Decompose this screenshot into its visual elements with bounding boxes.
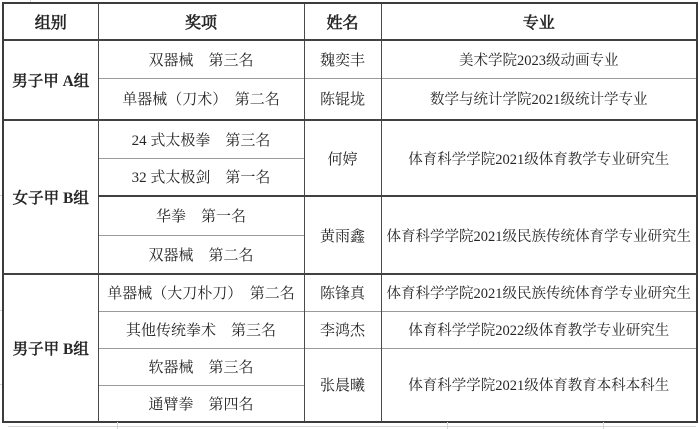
col-header-name: 姓名 [304,3,381,40]
award-cell: 软器械 第三名 [98,348,304,385]
group-cell: 女子甲 B组 [3,120,98,274]
table-row: 单器械（刀术） 第二名 陈锟垅 数学与统计学院2021级统计学专业 [3,78,697,120]
gridline-stub [0,384,2,385]
name-cell: 陈锟垅 [304,78,381,120]
awards-table: 组别 奖项 姓名 专业 男子甲 A组 双器械 第三名 魏奕丰 美术学院2023级… [2,2,698,423]
name-cell: 张晨曦 [304,348,381,422]
award-cell: 单器械（刀术） 第二名 [98,78,304,120]
award-cell: 华拳 第一名 [98,196,304,235]
major-cell: 体育科学学院2021级体育教育本科本科生 [381,348,697,422]
table-row: 其他传统拳术 第三名 李鸿杰 体育科学学院2022级体育教学专业研究生 [3,311,697,348]
major-cell: 美术学院2023级动画专业 [381,40,697,78]
name-cell: 何婷 [304,120,381,196]
name-cell: 魏奕丰 [304,40,381,78]
table-row: 女子甲 B组 24 式太极拳 第三名 何婷 体育科学学院2021级体育教学专业研… [3,120,697,158]
gridline-stub [603,422,604,429]
major-cell: 体育科学学院2021级体育教学专业研究生 [381,120,697,196]
table-row: 男子甲 A组 双器械 第三名 魏奕丰 美术学院2023级动画专业 [3,40,697,78]
document-page: 组别 奖项 姓名 专业 男子甲 A组 双器械 第三名 魏奕丰 美术学院2023级… [0,0,699,429]
col-header-major: 专业 [381,3,697,40]
name-cell: 黄雨鑫 [304,196,381,274]
award-cell: 24 式太极拳 第三名 [98,120,304,158]
group-cell: 男子甲 B组 [3,274,98,422]
major-cell: 数学与统计学院2021级统计学专业 [381,78,697,120]
gridline-stub [8,426,696,427]
gridline-stub [0,195,2,196]
gridline-stub [0,310,2,311]
table-header-row: 组别 奖项 姓名 专业 [3,3,697,40]
major-cell: 体育科学学院2021级民族传统体育学专业研究生 [381,196,697,274]
award-cell: 32 式太极剑 第一名 [98,158,304,196]
award-cell: 双器械 第三名 [98,40,304,78]
col-header-award: 奖项 [98,3,304,40]
major-cell: 体育科学学院2022级体育教学专业研究生 [381,311,697,348]
table-row: 男子甲 B组 单器械（大刀朴刀） 第二名 陈锋真 体育科学学院2021级民族传统… [3,274,697,311]
award-cell: 单器械（大刀朴刀） 第二名 [98,274,304,311]
col-header-group: 组别 [3,3,98,40]
table-row: 软器械 第三名 张晨曦 体育科学学院2021级体育教育本科本科生 [3,348,697,385]
gridline-stub [30,0,31,2]
award-cell: 双器械 第二名 [98,235,304,274]
gridline-stub [447,422,448,429]
award-cell: 通臂拳 第四名 [98,385,304,422]
award-cell: 其他传统拳术 第三名 [98,311,304,348]
group-cell: 男子甲 A组 [3,40,98,120]
table-row: 华拳 第一名 黄雨鑫 体育科学学院2021级民族传统体育学专业研究生 [3,196,697,235]
name-cell: 陈锋真 [304,274,381,311]
gridline-stub [117,422,118,429]
name-cell: 李鸿杰 [304,311,381,348]
major-cell: 体育科学学院2021级民族传统体育学专业研究生 [381,274,697,311]
